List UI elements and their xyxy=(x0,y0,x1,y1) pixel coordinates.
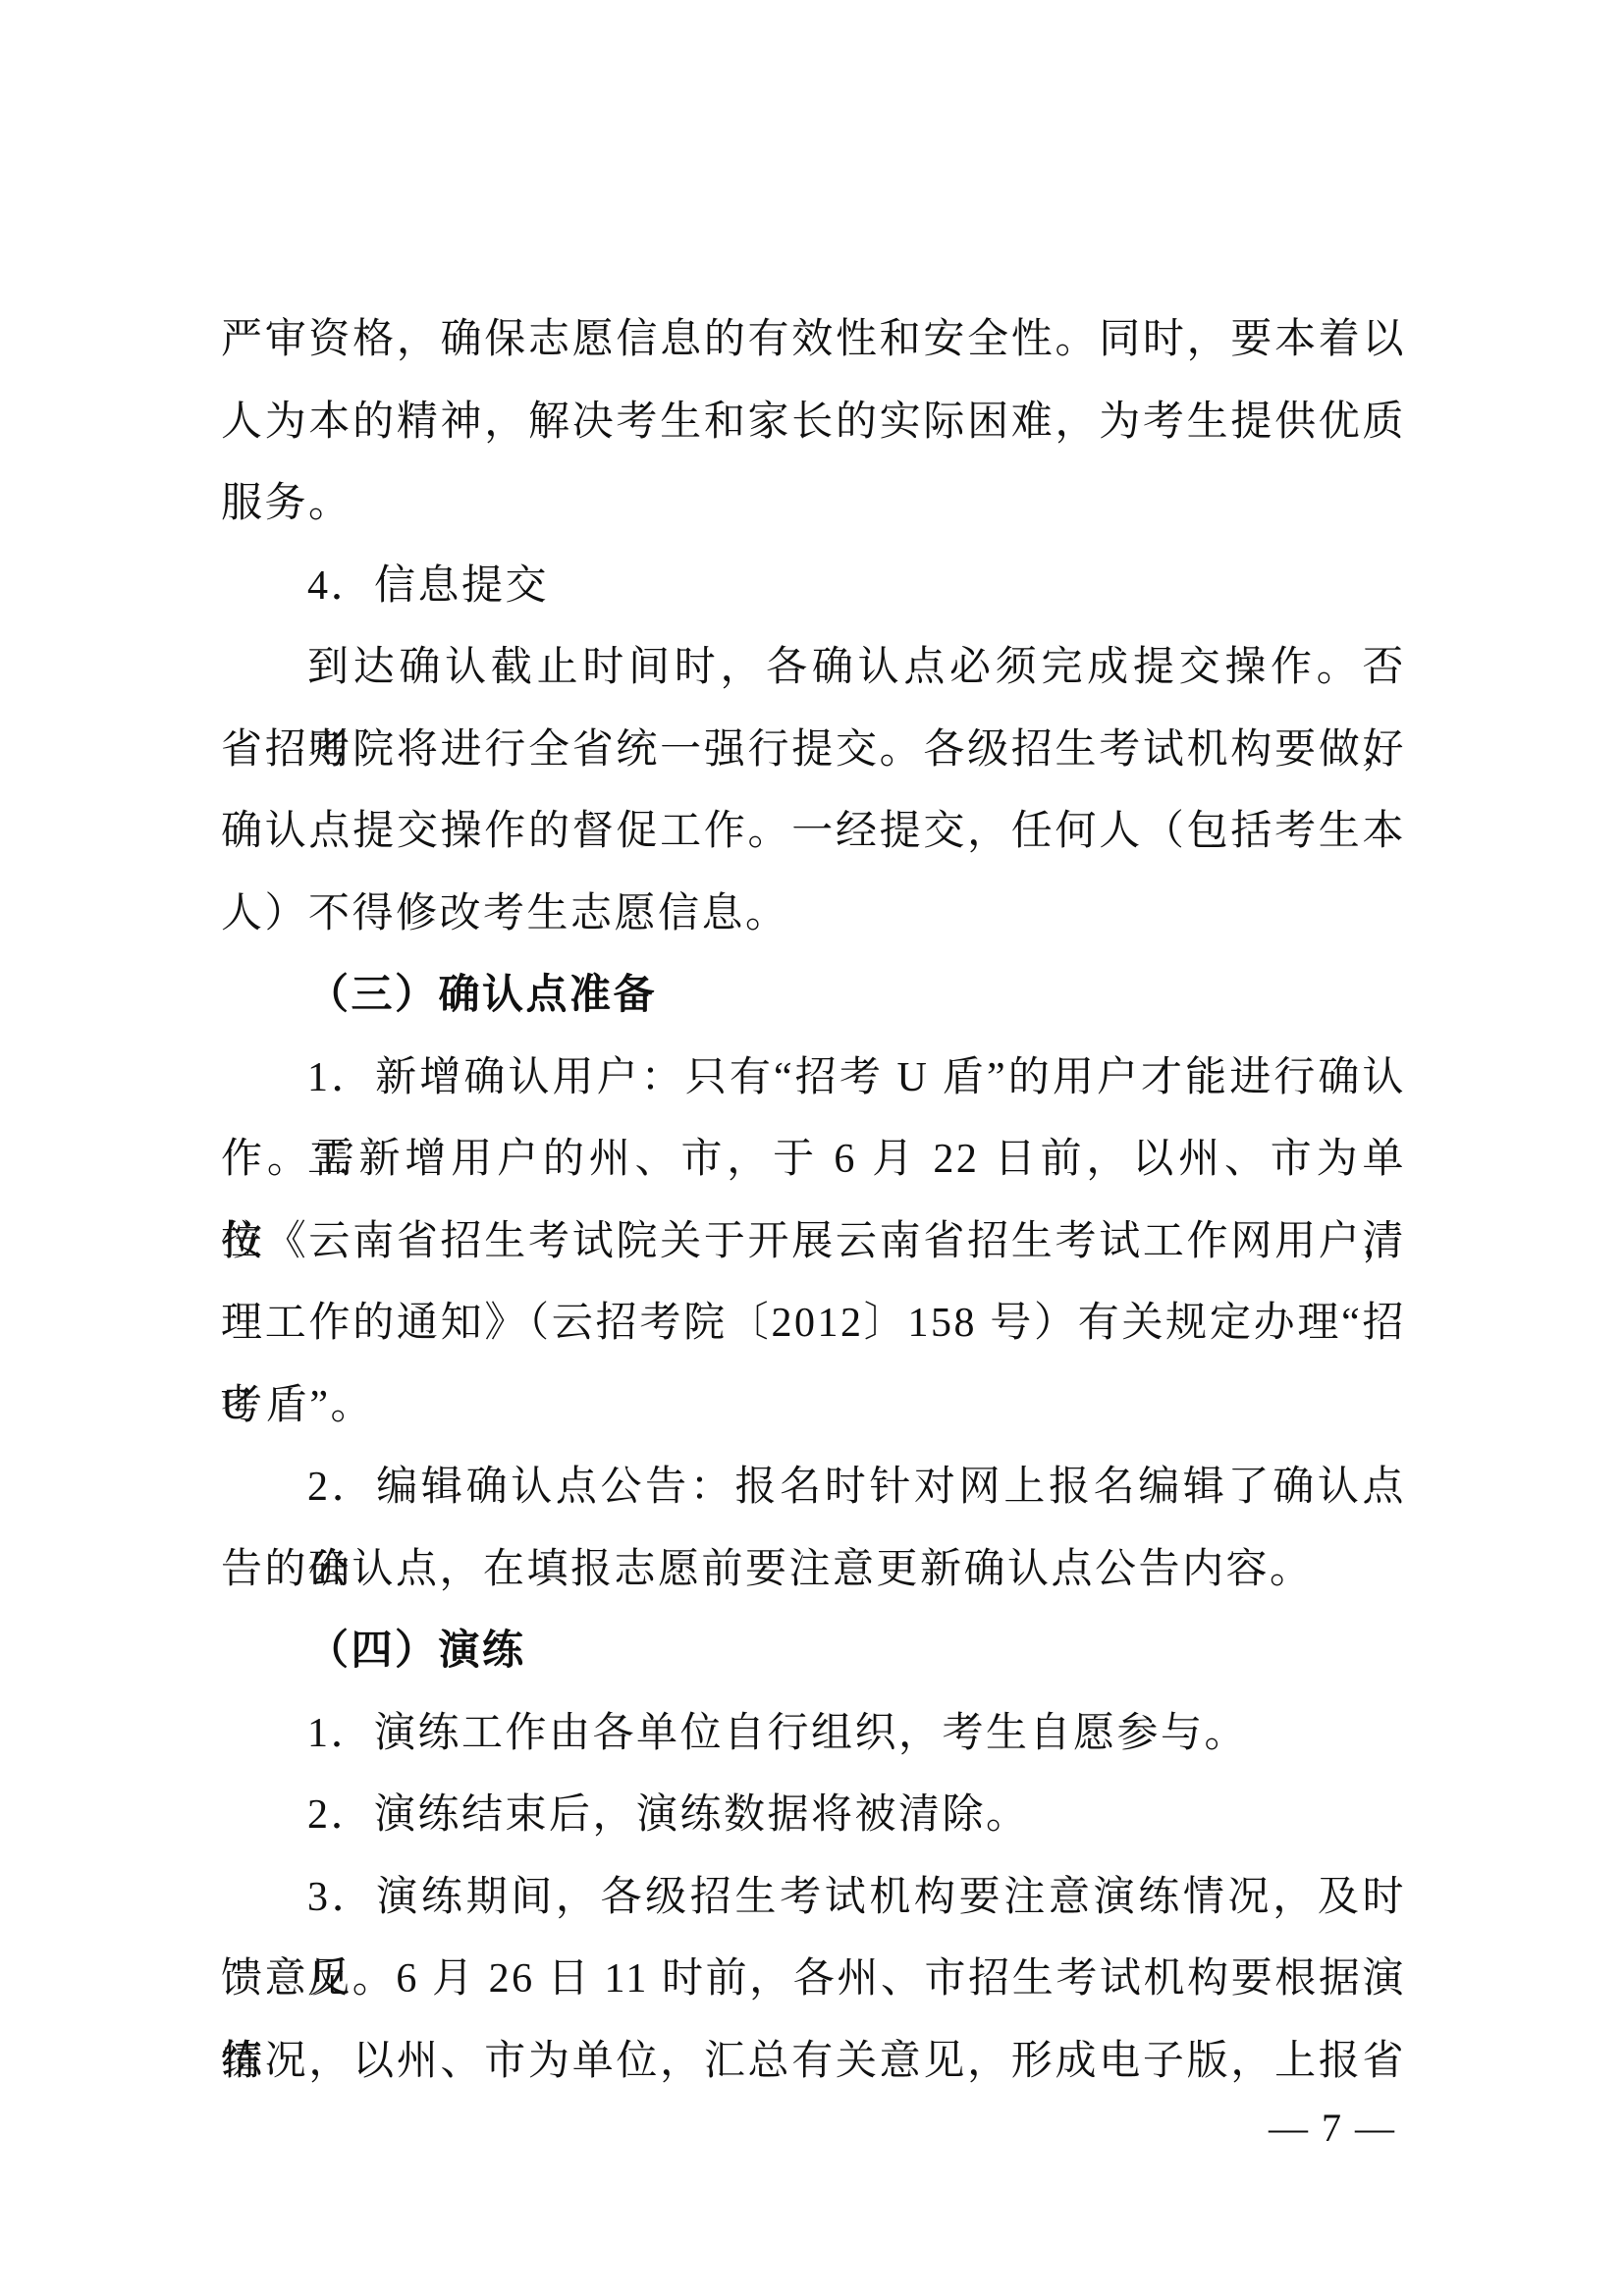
text-line: 2．演练结束后，演练数据将被清除。 xyxy=(221,1775,1406,1857)
text-line: 1．演练工作由各单位自行组织，考生自愿参与。 xyxy=(221,1693,1406,1776)
text-line: 省招考院将进行全省统一强行提交。各级招生考试机构要做好 xyxy=(221,710,1406,792)
text-line: 告的确认点，在填报志愿前要注意更新确认点公告内容。 xyxy=(221,1529,1406,1612)
text-line: 理工作的通知》（云招考院〔2012〕158 号）有关规定办理“招考 xyxy=(221,1283,1406,1365)
text-line: 人）不得修改考生志愿信息。 xyxy=(221,874,1406,956)
text-line: U 盾”。 xyxy=(221,1365,1406,1448)
text-line: 确认点提交操作的督促工作。一经提交，任何人（包括考生本 xyxy=(221,791,1406,874)
text-line: 人为本的精神，解决考生和家长的实际困难，为考生提供优质 xyxy=(221,382,1406,464)
page-number: — 7 — xyxy=(1269,2107,1426,2150)
section-heading: （四）演练 xyxy=(221,1611,1406,1693)
text-line: 作。需新增用户的州、市，于 6 月 22 日前，以州、市为单位， xyxy=(221,1119,1406,1201)
text-line: 馈意见。6 月 26 日 11 时前，各州、市招生考试机构要根据演练 xyxy=(221,1939,1406,2021)
text-line: 到达确认截止时间时，各确认点必须完成提交操作。否则， xyxy=(221,627,1406,710)
text-line: 情况，以州、市为单位，汇总有关意见，形成电子版，上报省 xyxy=(221,2021,1406,2104)
text-line: 3．演练期间，各级招生考试机构要注意演练情况，及时反 xyxy=(221,1857,1406,1940)
text-line: 1．新增确认用户：只有“招考 U 盾”的用户才能进行确认工 xyxy=(221,1038,1406,1120)
text-line: 严审资格，确保志愿信息的有效性和安全性。同时，要本着以 xyxy=(221,299,1406,382)
text-line: 按《云南省招生考试院关于开展云南省招生考试工作网用户清 xyxy=(221,1201,1406,1284)
section-heading: 4．信息提交 xyxy=(221,546,1406,628)
text-line: 2．编辑确认点公告：报名时针对网上报名编辑了确认点公 xyxy=(221,1447,1406,1529)
document-page: 严审资格，确保志愿信息的有效性和安全性。同时，要本着以 人为本的精神，解决考生和… xyxy=(0,0,1624,2296)
section-heading: （三）确认点准备 xyxy=(221,955,1406,1038)
document-body: 严审资格，确保志愿信息的有效性和安全性。同时，要本着以 人为本的精神，解决考生和… xyxy=(221,299,1406,2103)
text-line: 服务。 xyxy=(221,463,1406,546)
